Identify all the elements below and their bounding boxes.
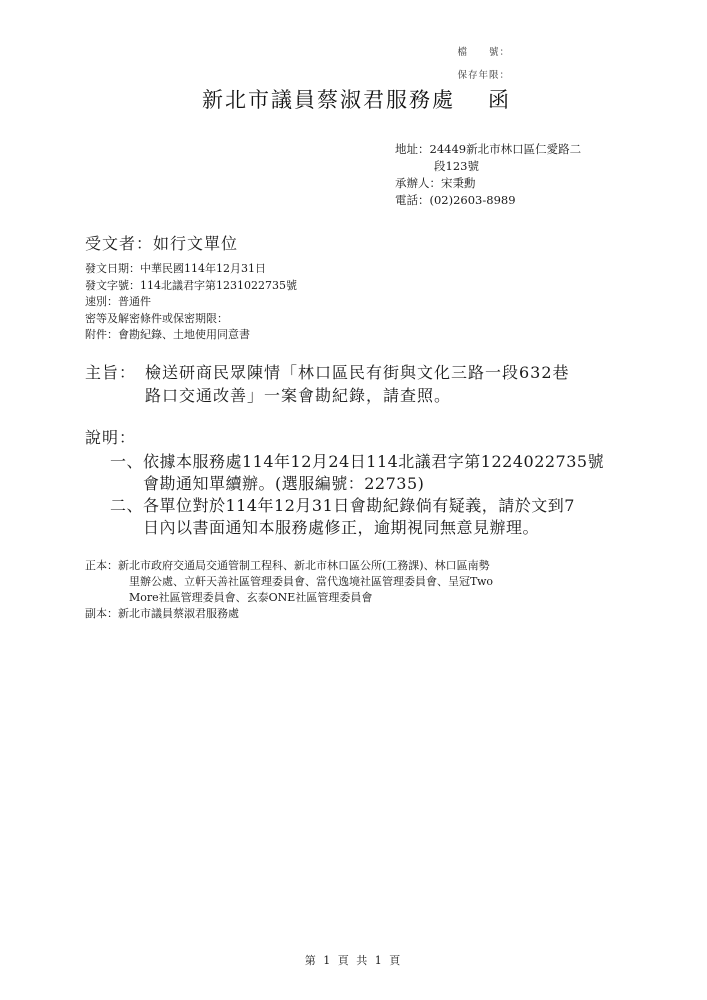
attachment: 附件：會勘紀錄、土地使用同意書 [85,327,297,344]
subject-line-1: 檢送研商民眾陳情「林口區民有街與文化三路一段632巷 [145,363,570,382]
issue-date: 發文日期：中華民國114年12月31日 [85,261,297,278]
explanation-item: 二、各單位對於114年12月31日會勘紀錄倘有疑義，請於文到7 日內以書面通知本… [85,495,575,539]
page-number: 第 1 頁 共 1 頁 [0,952,707,968]
item-number: 一、 [85,451,143,473]
item-number: 二、 [85,495,143,517]
retention-period-label: 保存年限： [440,67,510,81]
address-line-1: 地址：24449新北市林口區仁愛路二 [395,141,581,158]
address-line-2: 段123號 [395,158,581,175]
page-title: 新北市議員蔡淑君服務處 [202,84,455,114]
speed: 速別：普通件 [85,294,297,311]
file-number-label: 檔 號： [440,44,510,58]
subject-line-2: 路口交通改善」一案會勘紀錄，請查照。 [85,384,570,407]
original-recipients-line-3: More社區管理委員會、玄泰ONE社區管理委員會 [85,590,493,606]
original-recipients-line-1: 正本：新北市政府交通局交通管制工程科、新北市林口區公所(工務課)、林口區南勢 [85,558,493,574]
item-line-2: 會勘通知單續辦。(選服編號：22735) [85,473,604,495]
phone: 電話：(02)2603-8989 [395,192,581,209]
confidentiality: 密等及解密條件或保密期限： [85,311,297,328]
item-line-2: 日內以書面通知本服務處修正，逾期視同無意見辦理。 [85,517,575,539]
document-meta: 發文日期：中華民國114年12月31日 發文字號：114北議君字第1231022… [85,261,297,344]
original-recipients-line-2: 里辦公處、立軒天善社區管理委員會、當代逸境社區管理委員會、呈冠Two [85,574,493,590]
subject-label: 主旨： [85,361,145,384]
item-line-1: 依據本服務處114年12月24日114北議君字第1224022735號 [143,452,604,471]
recipient: 受文者：如行文單位 [85,231,238,254]
contact-block: 地址：24449新北市林口區仁愛路二 段123號 承辦人：宋秉勳 電話：(02)… [395,141,581,209]
issue-number: 發文字號：114北議君字第1231022735號 [85,278,297,295]
document-type: 函 [488,84,511,114]
distribution: 正本：新北市政府交通局交通管制工程科、新北市林口區公所(工務課)、林口區南勢 里… [85,558,493,622]
subject: 主旨：檢送研商民眾陳情「林口區民有街與文化三路一段632巷 路口交通改善」一案會… [85,361,570,407]
explanation-heading: 說明： [85,425,136,448]
handler: 承辦人：宋秉勳 [395,175,581,192]
item-line-1: 各單位對於114年12月31日會勘紀錄倘有疑義，請於文到7 [143,496,575,515]
explanation-item: 一、依據本服務處114年12月24日114北議君字第1224022735號 會勘… [85,451,604,495]
copy-recipients: 副本：新北市議員蔡淑君服務處 [85,606,493,622]
